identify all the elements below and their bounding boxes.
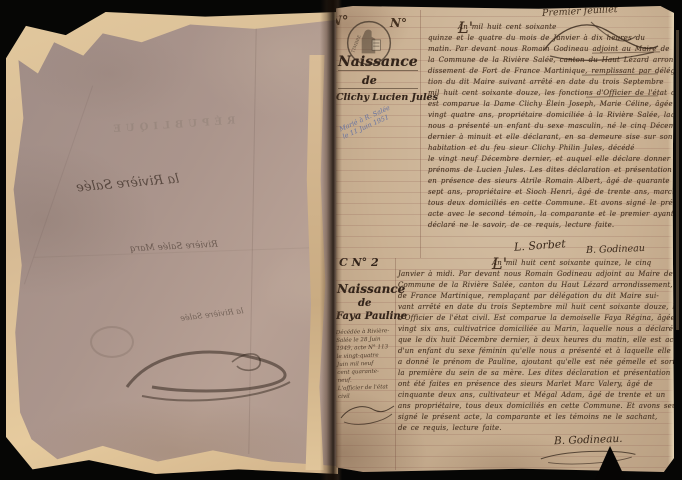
left-blank-page: RÉPUBLIQUE la Rivière Salée Rivière Salé… [12, 20, 336, 466]
act-line: cinquante deux ans, cultivateur et Mégal… [398, 390, 670, 401]
act-line: nous a présenté un enfant du sexe mascul… [428, 121, 668, 132]
act-line: vingt six ans, cultivatrice domiciliée a… [398, 324, 670, 335]
svg-text:TIMBRE: TIMBRE [351, 35, 363, 54]
act-line: de ce requis, lecture faite. [398, 423, 670, 434]
act1-margin-title: Naissance [338, 54, 418, 70]
act1-text: L'An mil huit cent soixante quinze et le… [428, 22, 668, 231]
bleedthrough-signature-flourish [112, 332, 302, 410]
margin-rule-act1 [420, 10, 421, 258]
death-marginal-note: Décédée à Rivière- Salée le 28 Juin 1949… [336, 327, 398, 401]
bleedthrough-handwriting: la Rivière Salée [76, 172, 180, 196]
right-register-page: N° TIMBRE N° Premier feuillet Naissance … [336, 6, 674, 472]
officer-signature-act1: B. Godineau [586, 243, 645, 256]
margin-squiggle [338, 70, 418, 71]
act-line: en présence des sieurs Atrile Romain Alb… [428, 176, 668, 187]
act-line: dissement de Fort de France Martinique, … [428, 66, 668, 77]
act2-margin-name: Faya Pauline [336, 311, 407, 322]
officer-signature-act2: B. Godineau. [554, 433, 623, 447]
act-number-blank: N° [390, 16, 407, 30]
act-line: tion du dit Maire suivant arrêté en date… [428, 77, 668, 88]
act2-number: C N° 2 [339, 256, 379, 269]
act-line: a donné le prénom de Pauline, ajoutant q… [398, 357, 670, 368]
act2-margin-title: Naissance [337, 282, 405, 296]
act-line: habitation et du feu sieur Clichy Philin… [428, 143, 668, 154]
bleedthrough-printed-title: RÉPUBLIQUE [67, 113, 277, 140]
act-line: déclaré ne le savoir, de ce requis, lect… [428, 220, 668, 231]
act-line: Janvier à midi. Par devant nous Romain G… [398, 269, 670, 280]
act1-margin-title: de [362, 74, 377, 87]
act-line: prénoms de Lucien Jules. Les dites décla… [428, 165, 668, 176]
page-edge-sliver [676, 30, 679, 330]
act-line: mil huit cent soixante douze, les foncti… [428, 88, 668, 99]
act-line: matin. Par devant nous Romain Godineau a… [428, 44, 668, 55]
act-line: ans propriétaire, tous deux domiciliés e… [398, 401, 670, 412]
act-line: vingt quatre ans, propriétaire domicilié… [428, 110, 668, 121]
margin-squiggle [338, 88, 418, 89]
act-line: vant arrêté en date du trois Septembre m… [398, 302, 670, 313]
act-line: acte avec le second témoin, la comparant… [428, 209, 668, 220]
act-line: est comparue la Dame Clichy Élein Joseph… [428, 99, 668, 110]
act-line: ont été faites en présence des sieurs Ma… [398, 379, 670, 390]
act-line: sept ans, propriétaire et Sioch Henri, â… [428, 187, 668, 198]
act-line: d'Officier de l'état civil. Est comparue… [398, 313, 670, 324]
act-line: la première du sein de sa mère. Les dite… [398, 368, 670, 379]
act2-text: L'An mil huit cent soixante quinze, le c… [398, 258, 670, 434]
death-note-signature-flourish [338, 402, 400, 428]
bleedthrough-handwriting: la Rivière Salée [180, 306, 244, 323]
archival-register-scan: RÉPUBLIQUE la Rivière Salée Rivière Salé… [0, 0, 682, 480]
act-line: que le dix huit Décembre dernier, à deux… [398, 335, 670, 346]
act-line: le vingt neuf Décembre dernier, et auque… [428, 154, 668, 165]
act-line: signé le présent acte, la comparante et … [398, 412, 670, 423]
act-line: d'un enfant du sexe féminin qu'elle nous… [398, 346, 670, 357]
act-line: la Commune de la Rivière Salée, canton d… [428, 55, 668, 66]
act-line: tous deux domiciliés en cette Commune. E… [428, 198, 668, 209]
act2-margin-title: de [358, 298, 371, 309]
act1-margin-name: Clichy Lucien Jules [336, 92, 438, 103]
witness-signature: L. Sorbet [514, 237, 566, 254]
act-line: dernier à minuit et elle déclarant, en s… [428, 132, 668, 143]
act-line: de France Martinique, remplaçant par dél… [398, 291, 670, 302]
act-line: Commune de la Rivière Salée, canton du H… [398, 280, 670, 291]
signature-flourish [532, 448, 647, 468]
